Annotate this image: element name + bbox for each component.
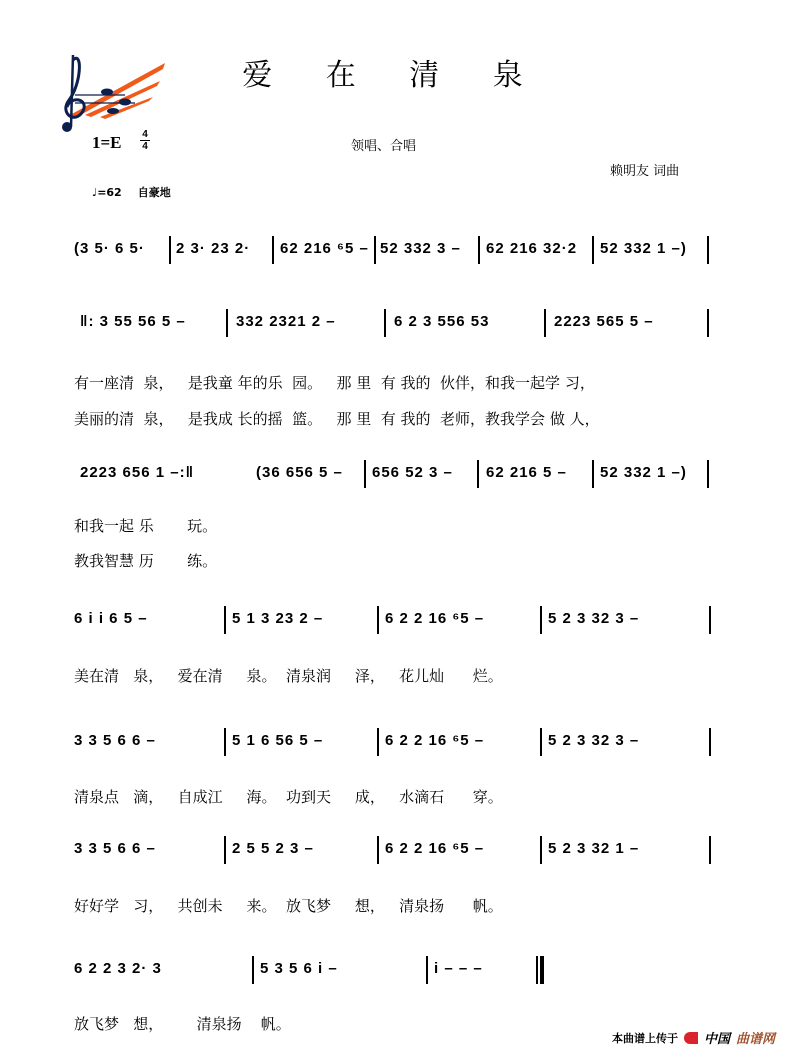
performance-style: 领唱、合唱 [351,135,416,154]
measure: (3 5· 6 5· [74,240,145,257]
measure: 6 2 2 16 ⁶5 – [385,840,484,857]
tempo-marking: ♩=62自豪地 [92,184,171,200]
measure: 62 216 ⁶5 – [280,240,369,257]
barline [426,956,428,984]
measure: 6 2 2 16 ⁶5 – [385,732,484,749]
barline [364,460,366,488]
measure: 52 332 1 –) [600,240,687,257]
measure: 5 2 3 32 3 – [548,732,639,749]
barline [707,236,709,264]
measure: 62 216 32·2 [486,240,577,257]
measure: 52 332 1 –) [600,464,687,481]
barline [377,728,379,756]
score-line-4: 6 i i 6 5 – 5 1 3 23 2 – 6 2 2 16 ⁶5 – 5… [74,610,717,640]
barline [540,728,542,756]
score-line-6: 3 3 5 6 6 – 2 5 5 2 3 – 6 2 2 16 ⁶5 – 5 … [74,840,717,870]
key-text: 1=E [92,133,122,152]
final-barline [536,956,544,984]
barline [252,956,254,984]
barline [592,460,594,488]
lyric-verse-2: 教我智慧 历 练。 [74,550,217,571]
lyric: 放飞梦 想， 清泉扬 帆。 [74,1013,291,1034]
time-bottom: 4 [140,141,150,152]
barline [592,236,594,264]
measure: ‖: 3 55 56 5 – [80,313,186,330]
measure: 5 1 6 56 5 – [232,732,323,749]
brand-name: 中国 [704,1028,730,1047]
measure: i – – – [434,960,483,977]
measure: 332 2321 2 – [236,313,336,330]
measure: 5 2 3 32 3 – [548,610,639,627]
upload-text: 本曲谱上传于 [612,1030,678,1046]
site-logo-icon [684,1032,698,1044]
barline [374,236,376,264]
expression-mark: 自豪地 [138,186,171,199]
barline [169,236,171,264]
measure: 656 52 3 – [372,464,453,481]
upload-credit: 本曲谱上传于 中国曲谱网 [612,1028,775,1047]
barline [478,236,480,264]
lyric-verse-2: 美丽的清 泉， 是我成 长的摇 篮。 那 里 有 我的 老师，教我学会 做 人， [74,408,600,429]
score-line-7: 6 2 2 3 2· 3 5 3 5 6 i – i – – – [74,960,717,990]
author-credit: 赖明友 词曲 [610,160,679,179]
measure: 3 3 5 6 6 – [74,840,156,857]
barline [477,460,479,488]
lyric-verse-1: 有一座清 泉， 是我童 年的乐 园。 那 里 有 我的 伙伴，和我一起学 习， [74,372,595,393]
barline [540,836,542,864]
barline [709,606,711,634]
measure: 2 3· 23 2· [176,240,250,257]
time-top: 4 [140,129,150,140]
barline [377,836,379,864]
measure: (36 656 5 – [256,464,343,481]
barline [272,236,274,264]
measure: 6 2 2 3 2· 3 [74,960,162,977]
barline [709,728,711,756]
score-line-1: (3 5· 6 5· 2 3· 23 2· 62 216 ⁶5 – 52 332… [74,240,717,270]
barline [707,309,709,337]
score-line-3: 2223 656 1 –:‖ (36 656 5 – 656 52 3 – 62… [74,464,717,494]
score-line-5: 3 3 5 6 6 – 5 1 6 56 5 – 6 2 2 16 ⁶5 – 5… [74,732,717,762]
barline [544,309,546,337]
barline [384,309,386,337]
measure: 3 3 5 6 6 – [74,732,156,749]
key-signature: 1=E 4 4 [92,133,122,153]
measure: 2223 656 1 –:‖ [80,464,194,481]
measure: 6 i i 6 5 – [74,610,148,627]
lyric: 好好学 习， 共创未 来。 放飞梦 想， 清泉扬 帆。 [74,895,503,916]
measure: 5 1 3 23 2 – [232,610,323,627]
measure: 6 2 2 16 ⁶5 – [385,610,484,627]
brand-name-suffix: 曲谱网 [736,1028,775,1047]
lyric: 清泉点 滴， 自成江 海。 功到天 成， 水滴石 穿。 [74,786,503,807]
measure: 6 2 3 556 53 [394,313,489,330]
barline [707,460,709,488]
barline [709,836,711,864]
barline [224,606,226,634]
barline [226,309,228,337]
barline [224,836,226,864]
measure: 2 5 5 2 3 – [232,840,314,857]
lyric-verse-1: 和我一起 乐 玩。 [74,515,217,536]
measure: 52 332 3 – [380,240,461,257]
barline [224,728,226,756]
measure: 5 2 3 32 1 – [548,840,639,857]
score-line-2: ‖: 3 55 56 5 – 332 2321 2 – 6 2 3 556 53… [74,313,717,343]
measure: 5 3 5 6 i – [260,960,338,977]
barline [540,606,542,634]
barline [377,606,379,634]
lyric: 美在清 泉， 爱在清 泉。 清泉润 泽， 花儿灿 烂。 [74,665,503,686]
time-signature: 4 4 [140,129,150,152]
measure: 62 216 5 – [486,464,567,481]
measure: 2223 565 5 – [554,313,654,330]
song-title: 爱 在 清 泉 [0,50,787,94]
tempo-value: ♩=62 [92,186,122,199]
